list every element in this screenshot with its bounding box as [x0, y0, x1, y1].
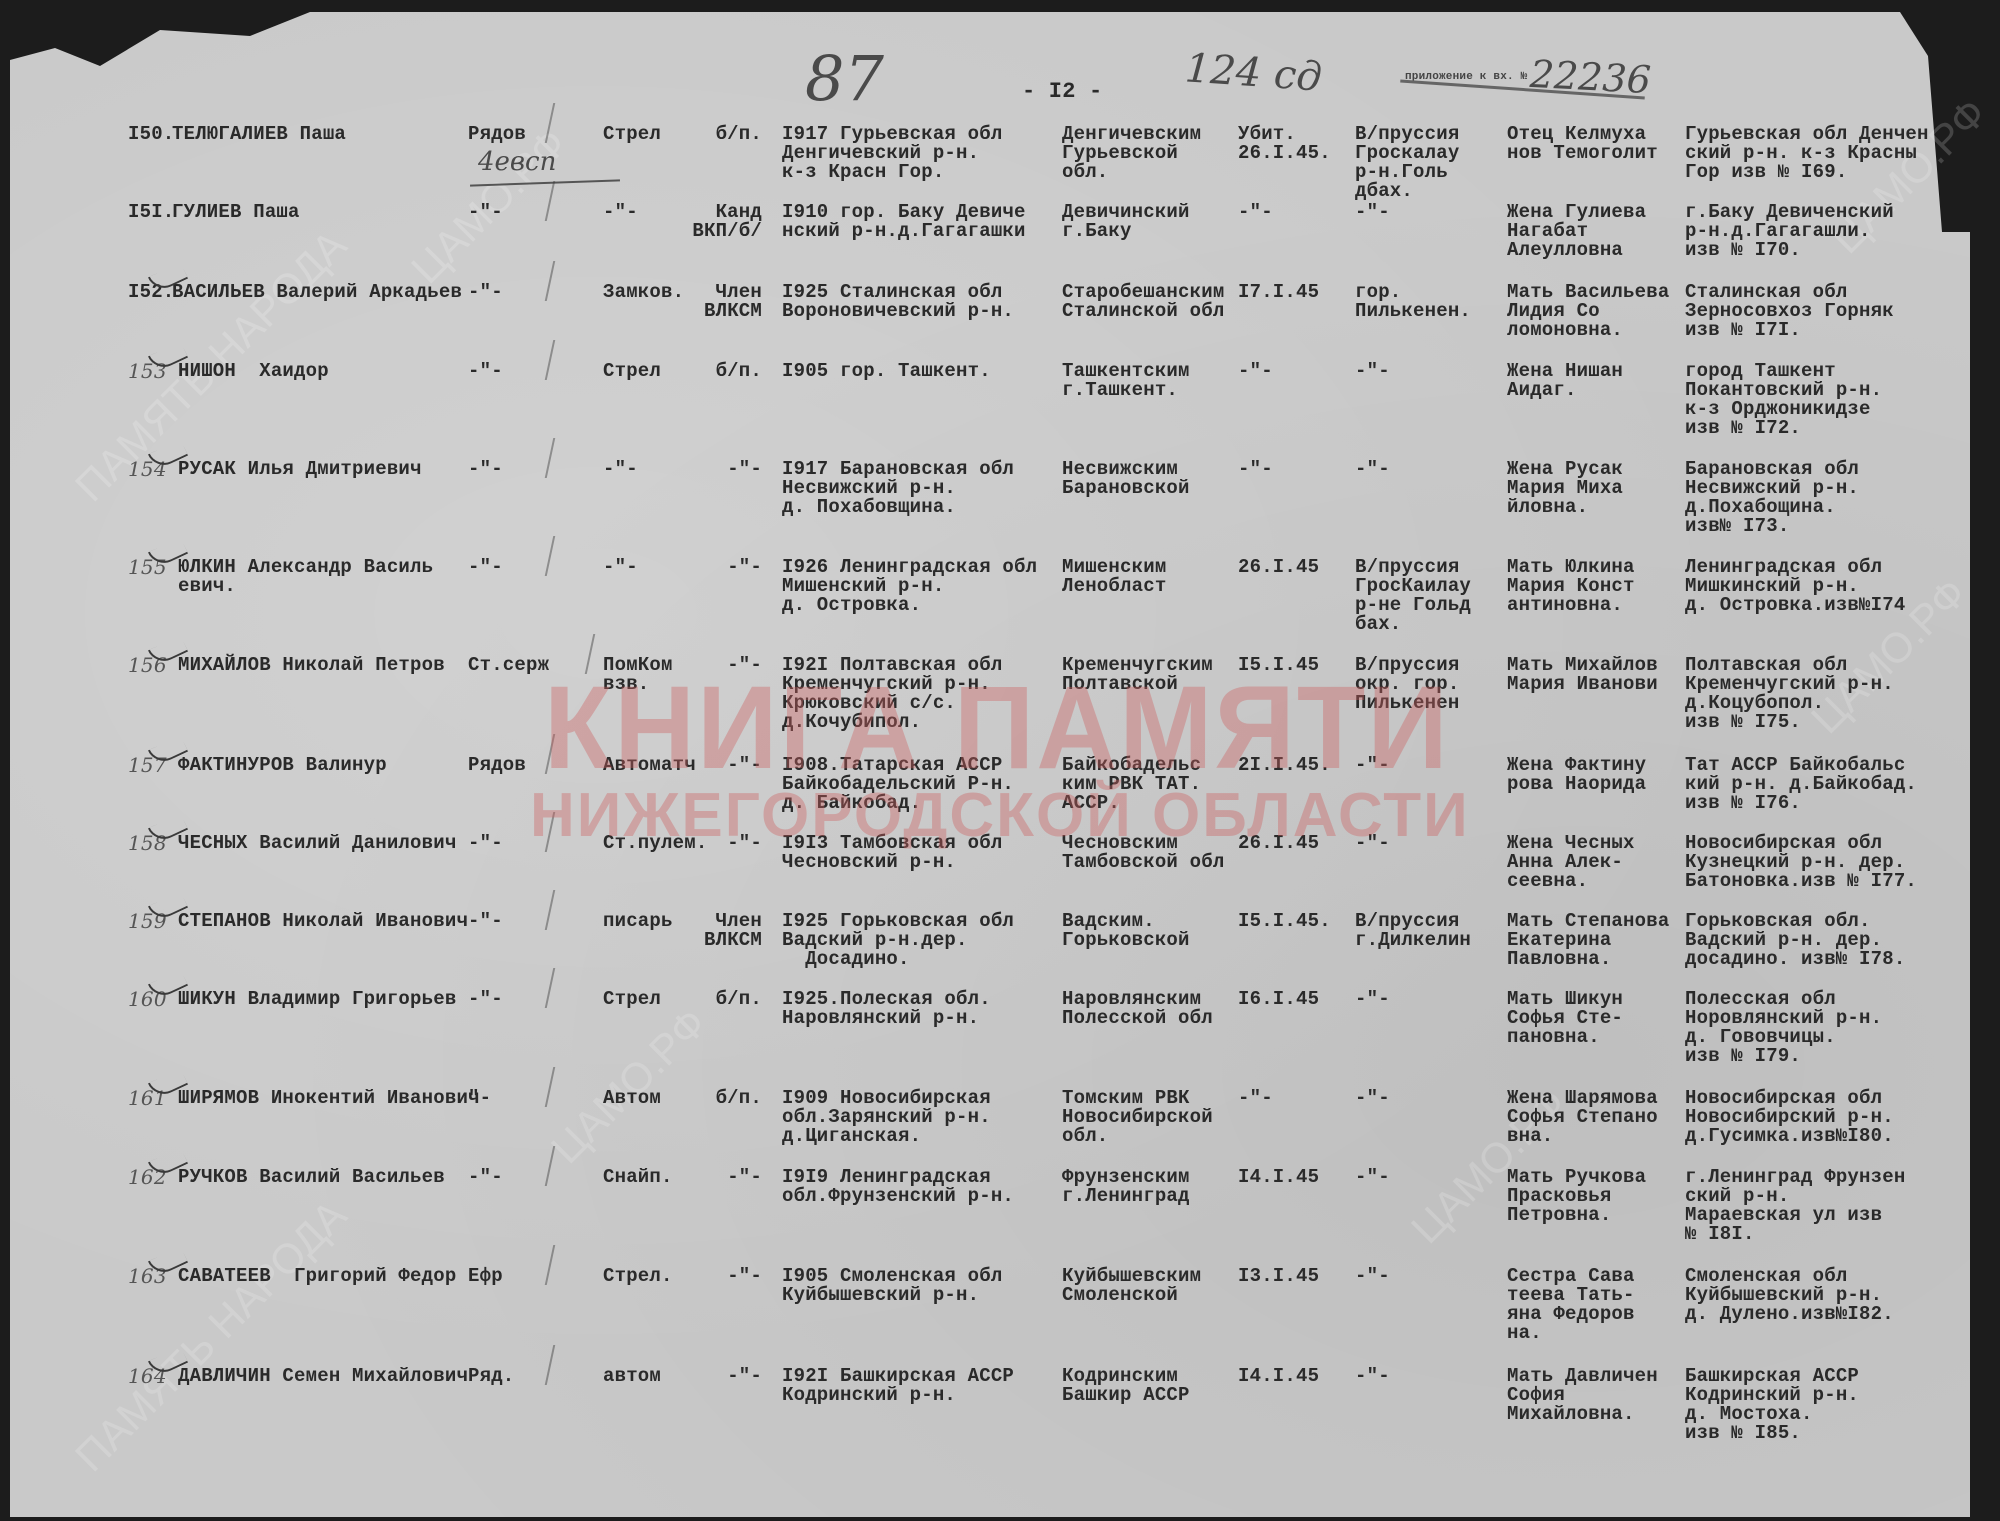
entry-place: В/пруссия ГросКаилау р-не Гольд бах.	[1355, 558, 1471, 634]
entry-address: Гурьевская обл Денчен ский р-н. к-з Крас…	[1685, 125, 1929, 182]
entry-address: г.Баку Девиченский р-н.д.Гагагашли. изв …	[1685, 203, 1894, 260]
entry-commissariat: Кодринским Башкир АССР	[1062, 1367, 1190, 1405]
entry-date: -"-	[1238, 203, 1273, 222]
entry-relative: Мать Ручкова Прасковья Петровна.	[1507, 1168, 1646, 1225]
entry-birth: I9I9 Ленинградская обл.Фрунзенский р-н.	[782, 1168, 1014, 1206]
entry-rank: -"-	[468, 362, 503, 381]
entry-rank: -"-	[468, 990, 503, 1009]
entry-relative: Мать Михайлов Мария Иванови	[1507, 656, 1658, 694]
entry-address: Новосибирская обл Кузнецкий р-н. дер. Ба…	[1685, 834, 1917, 891]
entry-name: ВАСИЛЬЕВ Валерий Аркадьев	[172, 283, 462, 302]
entry-date: I6.I.45	[1238, 990, 1319, 1009]
page-number: - I2 -	[1022, 82, 1102, 101]
entry-party: Член ВЛКСМ	[680, 912, 762, 950]
entry-birth: I926 Ленинградская обл Мишенский р-н. д.…	[782, 558, 1037, 615]
entry-birth: I925.Полеская обл. Наровлянский р-н.	[782, 990, 991, 1028]
entry-party: б/п.	[680, 990, 762, 1009]
entry-rank: -"-	[468, 1168, 503, 1187]
entry-party: -"-	[680, 1367, 762, 1386]
entry-place: -"-	[1355, 1168, 1390, 1187]
entry-party: б/п.	[680, 125, 762, 144]
entry-place: гор. Пилькенен.	[1355, 283, 1471, 321]
entry-relative: Отец Келмуха нов Темоголит	[1507, 125, 1658, 163]
entry-rank: Рядов	[468, 756, 526, 775]
entry-rank: Ст.серж	[468, 656, 549, 675]
entry-relative: Жена Гулиева Нагабат Алеулловна	[1507, 203, 1646, 260]
entry-position: Стрел	[603, 125, 661, 144]
entry-num: I50.	[128, 125, 174, 144]
entry-name: СТЕПАНОВ Николай Иванович	[178, 912, 468, 931]
entry-birth: I92I Башкирская АССР Кодринский р-н.	[782, 1367, 1014, 1405]
entry-position: Стрел	[603, 990, 661, 1009]
watermark-title: КНИГА ПАМЯТИ	[544, 660, 1450, 796]
entry-address: Полтавская обл Кременчугский р-н. д.Коцу…	[1685, 656, 1894, 732]
entry-date: -"-	[1238, 362, 1273, 381]
entry-birth: I917 Гурьевская обл Денгичевский р-н. к-…	[782, 125, 1002, 182]
entry-rank: Ряд.	[468, 1367, 514, 1386]
entry-place: В/пруссия г.Дилкелин	[1355, 912, 1471, 950]
entry-relative: Мать Давличен София Михайловна.	[1507, 1367, 1658, 1424]
entry-address: Тат АССР Байкобальс кий р-н. д.Байкобад.…	[1685, 756, 1917, 813]
entry-relative: Мать Юлкина Мария Конст антиновна.	[1507, 558, 1635, 615]
watermark-subtitle: НИЖЕГОРОДСКОЙ ОБЛАСТИ	[530, 780, 1470, 851]
entry-rank: -"-	[468, 834, 503, 853]
entry-name: ШИРЯМОВ Инокентий Иванович	[178, 1089, 480, 1108]
entry-place: -"-	[1355, 460, 1390, 479]
entry-relative: Жена Нишан Аидаг.	[1507, 362, 1623, 400]
entry-party: б/п.	[680, 362, 762, 381]
entry-rank: Рядов	[468, 125, 526, 144]
entry-relative: Мать Васильева Лидия Со ломоновна.	[1507, 283, 1669, 340]
entry-place: -"-	[1355, 1267, 1390, 1286]
handwritten-sheet-number: 87	[805, 42, 884, 115]
torn-edge	[10, 12, 310, 72]
entry-commissariat: Денгичевским Гурьевской обл.	[1062, 125, 1201, 182]
entry-party: -"-	[680, 460, 762, 479]
entry-address: Новосибирская обл Новосибирский р-н. д.Г…	[1685, 1089, 1894, 1146]
entry-name: МИХАЙЛОВ Николай Петров	[178, 656, 445, 675]
entry-name: НИШОН Хаидор	[178, 362, 329, 381]
entry-name: ФАКТИНУРОВ Валинур	[178, 756, 387, 775]
entry-commissariat: Несвижским Барановской	[1062, 460, 1190, 498]
entry-birth: I925 Горьковская обл Вадский р-н.дер. До…	[782, 912, 1014, 969]
entry-rank: "-	[468, 1089, 491, 1108]
entry-address: Горьковская обл. Вадский р-н. дер. досад…	[1685, 912, 1905, 969]
entry-date: I5.I.45.	[1238, 912, 1331, 931]
entry-address: Барановская обл Несвижский р-н. д.Похабо…	[1685, 460, 1859, 536]
entry-name: РУСАК Илья Дмитриевич	[178, 460, 422, 479]
entry-address: Полесская обл Норовлянский р-н. д. Говов…	[1685, 990, 1882, 1066]
entry-place: -"-	[1355, 1367, 1390, 1386]
entry-rank: -"-	[468, 283, 503, 302]
entry-place: В/пруссия Гроскалау р-н.Голь дбах.	[1355, 125, 1459, 201]
entry-date: -"-	[1238, 1089, 1273, 1108]
entry-relative: Жена Русак Мария Миха йловна.	[1507, 460, 1623, 517]
entry-position: -"-	[603, 460, 638, 479]
entry-place: -"-	[1355, 203, 1390, 222]
entry-party: б/п.	[680, 1089, 762, 1108]
entry-birth: I909 Новосибирская обл.Зарянский р-н. д.…	[782, 1089, 991, 1146]
entry-commissariat: Вадским. Горьковской	[1062, 912, 1190, 950]
entry-relative: Мать Шикун Софья Сте- пановна.	[1507, 990, 1623, 1047]
entry-position: Автом	[603, 1089, 661, 1108]
entry-birth: I917 Барановская обл Несвижский р-н. д. …	[782, 460, 1014, 517]
entry-commissariat: Старобешанским Сталинской обл	[1062, 283, 1224, 321]
entry-commissariat: Девичинский г.Баку	[1062, 203, 1190, 241]
entry-commissariat: Томским РВК Новосибирской обл.	[1062, 1089, 1213, 1146]
entry-rank: -"-	[468, 912, 503, 931]
entry-address: г.Ленинград Фрунзен ский р-н. Мараевская…	[1685, 1168, 1905, 1244]
entry-date: -"-	[1238, 460, 1273, 479]
entry-position: автом	[603, 1367, 661, 1386]
entry-name: ЧЕСНЫХ Василий Данилович	[178, 834, 456, 853]
entry-date: 26.I.45	[1238, 558, 1319, 577]
handwritten-rank-note: 4евсп	[478, 147, 556, 177]
entry-relative: Жена Шарямова Софья Степано вна.	[1507, 1089, 1658, 1146]
entry-date: I3.I.45	[1238, 1267, 1319, 1286]
entry-address: Ленинградская обл Мишкинский р-н. д. Ост…	[1685, 558, 1905, 615]
entry-commissariat: Куйбышевским Смоленской	[1062, 1267, 1201, 1305]
entry-name: ДАВЛИЧИН Семен Михайлович	[178, 1367, 468, 1386]
diagonal-watermark: ЦАМО.РФ	[542, 999, 716, 1173]
entry-place: -"-	[1355, 1089, 1390, 1108]
entry-relative: Жена Чесных Анна Алек- сеевна.	[1507, 834, 1635, 891]
entry-name: ГУЛИЕВ Паша	[172, 203, 300, 222]
entry-name: РУЧКОВ Василий Васильев	[178, 1168, 445, 1187]
entry-date: I7.I.45	[1238, 283, 1319, 302]
entry-rank: -"-	[468, 460, 503, 479]
entry-party: -"-	[680, 1168, 762, 1187]
entry-relative: Мать Степанова Екатерина Павловна.	[1507, 912, 1669, 969]
entry-position: -"-	[603, 203, 638, 222]
diagonal-watermark: ПАМЯТЬ НАРОДА	[66, 1191, 356, 1481]
entry-name: ШИКУН Владимир Григорьев	[178, 990, 456, 1009]
entry-birth: I905 гор. Ташкент.	[782, 362, 991, 381]
entry-address: Башкирская АССР Кодринский р-н. д. Мосто…	[1685, 1367, 1859, 1443]
entry-relative: Жена Фактину рова Наорида	[1507, 756, 1646, 794]
entry-name: ТЕЛЮГАЛИЕВ Паша	[172, 125, 346, 144]
entry-birth: I925 Сталинская обл Вороновичевский р-н.	[782, 283, 1014, 321]
entry-commissariat: Мишенским Ленобласт	[1062, 558, 1166, 596]
entry-name: ЮЛКИН Александр Василь евич.	[178, 558, 433, 596]
entry-date: I4.I.45	[1238, 1168, 1319, 1187]
entry-rank: -"-	[468, 203, 503, 222]
entry-party: Член ВЛКСМ	[680, 283, 762, 321]
entry-position: Стрел	[603, 362, 661, 381]
entry-birth: I910 гор. Баку Девиче нский р-н.д.Гагага…	[782, 203, 1026, 241]
entry-address: город Ташкент Покантовский р-н. к-з Ордж…	[1685, 362, 1882, 438]
entry-date: Убит. 26.I.45.	[1238, 125, 1331, 163]
entry-birth: I905 Смоленская обл Куйбышевский р-н.	[782, 1267, 1002, 1305]
entry-position: Замков.	[603, 283, 684, 302]
entry-position: писарь	[603, 912, 673, 931]
entry-position: -"-	[603, 558, 638, 577]
entry-commissariat: Фрунзенским г.Ленинград	[1062, 1168, 1190, 1206]
entry-place: -"-	[1355, 362, 1390, 381]
entry-commissariat: Ташкентским г.Ташкент.	[1062, 362, 1190, 400]
entry-num: I5I.	[128, 203, 174, 222]
handwritten-unit: 124 сд	[1184, 45, 1324, 100]
entry-relative: Сестра Сава теева Тать- яна Федоров на.	[1507, 1267, 1635, 1343]
entry-place: -"-	[1355, 990, 1390, 1009]
entry-party: -"-	[680, 1267, 762, 1286]
entry-position: Снайп.	[603, 1168, 673, 1187]
entry-position: Стрел.	[603, 1267, 673, 1286]
entry-party: -"-	[680, 558, 762, 577]
entry-name: САВАТЕЕВ Григорий Федор Ефр	[178, 1267, 503, 1286]
entry-commissariat: Наровлянским Полесской обл	[1062, 990, 1213, 1028]
entry-date: I4.I.45	[1238, 1367, 1319, 1386]
entry-rank: -"-	[468, 558, 503, 577]
entry-address: Сталинская обл Зерносовхоз Горняк изв № …	[1685, 283, 1894, 340]
entry-address: Смоленская обл Куйбышевский р-н. д. Дуле…	[1685, 1267, 1894, 1324]
entry-party: Канд ВКП/б/	[680, 203, 762, 241]
